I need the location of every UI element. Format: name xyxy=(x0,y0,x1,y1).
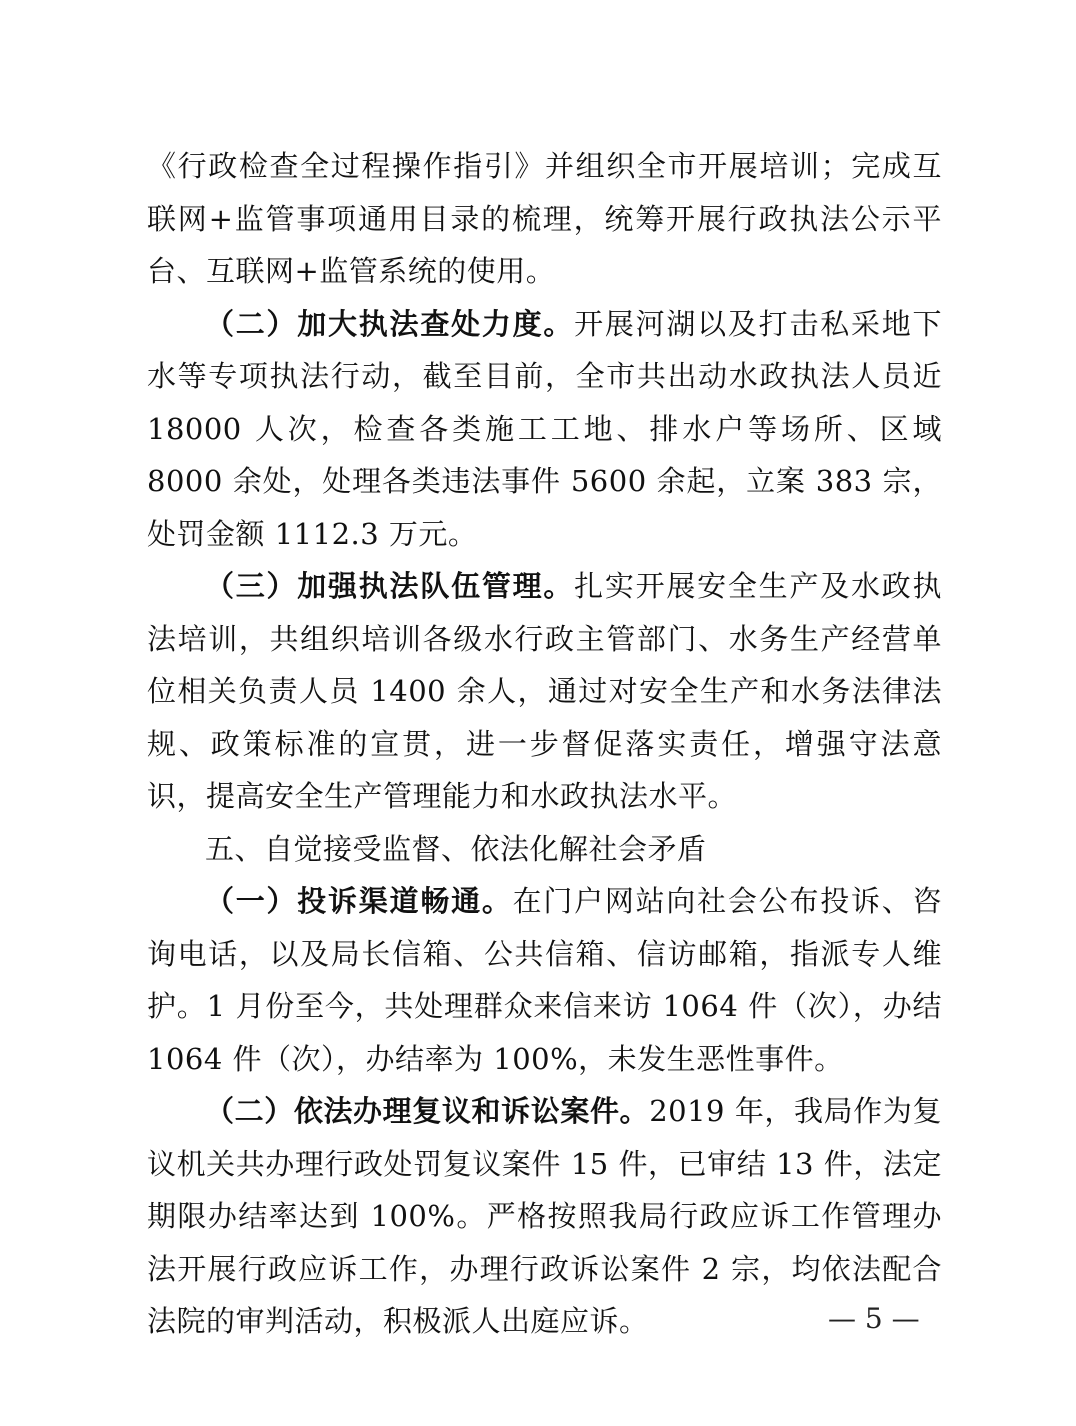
paragraph-text: 2019 年，我局作为复议机关共办理行政处罚复议案件 15 件，已审结 13 件… xyxy=(147,1094,942,1338)
paragraph-text: 开展河湖以及打击私采地下水等专项执法行动，截至目前，全市共出动水政执法人员近 1… xyxy=(147,307,942,551)
paragraph-lead: （二）依法办理复议和诉讼案件。 xyxy=(205,1094,649,1128)
paragraph-litigation: （二）依法办理复议和诉讼案件。2019 年，我局作为复议机关共办理行政处罚复议案… xyxy=(147,1085,942,1348)
paragraph-text: 《行政检查全过程操作指引》并组织全市开展培训；完成互联网+监管事项通用目录的梳理… xyxy=(147,149,942,288)
document-page: 《行政检查全过程操作指引》并组织全市开展培训；完成互联网+监管事项通用目录的梳理… xyxy=(147,140,942,1348)
paragraph-lead: （一）投诉渠道畅通。 xyxy=(205,884,513,918)
paragraph-text: 扎实开展安全生产及水政执法培训，共组织培训各级水行政主管部门、水务生产经营单位相… xyxy=(147,569,942,813)
paragraph-enforcement: （二）加大执法查处力度。开展河湖以及打击私采地下水等专项执法行动，截至目前，全市… xyxy=(147,298,942,561)
paragraph-lead: （二）加大执法查处力度。 xyxy=(205,307,574,341)
page-number: — 5 — xyxy=(828,1302,920,1335)
paragraph-lead: （三）加强执法队伍管理。 xyxy=(205,569,574,603)
paragraph-team-management: （三）加强执法队伍管理。扎实开展安全生产及水政执法培训，共组织培训各级水行政主管… xyxy=(147,560,942,823)
paragraph-complaints: （一）投诉渠道畅通。在门户网站向社会公布投诉、咨询电话，以及局长信箱、公共信箱、… xyxy=(147,875,942,1085)
section-heading: 五、自觉接受监督、依法化解社会矛盾 xyxy=(147,823,942,876)
paragraph-continued: 《行政检查全过程操作指引》并组织全市开展培训；完成互联网+监管事项通用目录的梳理… xyxy=(147,140,942,298)
